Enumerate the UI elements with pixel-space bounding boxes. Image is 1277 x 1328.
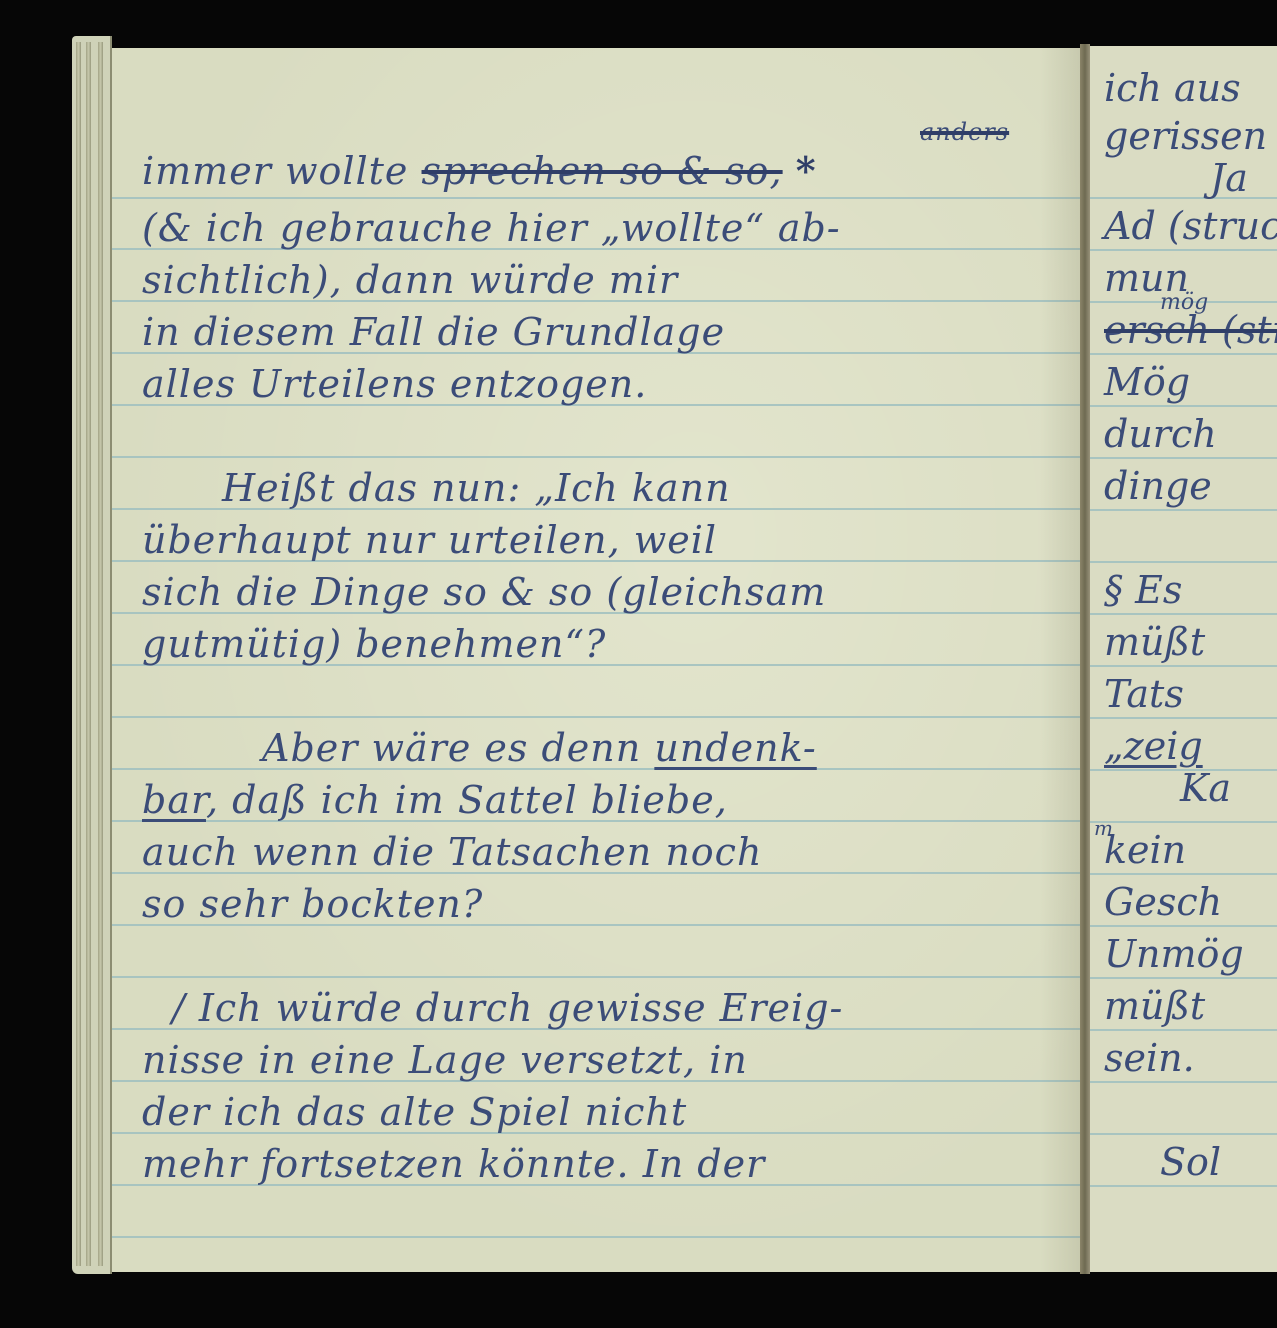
handwritten-line: mehr fortsetzen könnte. In der — [142, 1142, 765, 1186]
right-page-partial: ich aus gerissen Ja Ad (struck) Ju mun m… — [1090, 46, 1277, 1272]
handwritten-fragment: gerissen — [1104, 114, 1267, 158]
handwritten-fragment: Mög — [1104, 360, 1190, 404]
handwritten-line: so sehr bockten? — [142, 882, 483, 926]
handwritten-line: in diesem Fall die Grundlage — [142, 310, 725, 354]
struck-text: sprechen so & so, — [422, 149, 783, 193]
ruled-line — [112, 197, 1080, 199]
ruled-line — [1090, 509, 1277, 511]
underlined-text: bar — [142, 778, 206, 822]
handwritten-fragment: ich aus — [1104, 66, 1241, 110]
ruled-line — [1090, 873, 1277, 875]
handwritten-fragment: Unmög — [1104, 932, 1244, 976]
handwritten-line: Heißt das nun: „Ich kann — [222, 466, 731, 510]
handwritten-line: bar, daß ich im Sattel bliebe, — [142, 778, 728, 822]
handwritten-fragment: ersch (struck) — [1104, 308, 1277, 352]
ruled-line — [112, 1236, 1080, 1238]
page-edge-strip — [76, 42, 81, 1266]
handwritten-line: überhaupt nur urteilen, weil — [142, 518, 717, 562]
ruled-line — [112, 716, 1080, 718]
underlined-text: undenk- — [654, 726, 816, 770]
page-stack-edge — [72, 36, 112, 1274]
ruled-line — [1090, 249, 1277, 251]
left-page: immer wollte sprechen so & so, * anders … — [112, 48, 1080, 1272]
ruled-line — [1090, 197, 1277, 199]
ruled-line — [1090, 405, 1277, 407]
handwritten-line: Aber wäre es denn undenk- — [262, 726, 817, 770]
insertion-above: anders — [920, 118, 1009, 146]
ruled-line — [1090, 353, 1277, 355]
ruled-line — [1090, 977, 1277, 979]
handwritten-line: (& ich gebrauche hier „wollte“ ab- — [142, 206, 841, 250]
handwritten-fragment: dinge — [1104, 464, 1212, 508]
book-gutter — [1080, 44, 1090, 1274]
ruled-line — [112, 456, 1080, 458]
handwritten-fragment: sein. — [1104, 1036, 1195, 1080]
handwritten-line: / Ich würde durch gewisse Ereig- — [172, 986, 843, 1030]
handwritten-fragment: „zeig — [1104, 724, 1203, 768]
handwritten-fragment: müßt — [1104, 984, 1205, 1028]
handwritten-fragment: Tats — [1104, 672, 1184, 716]
notebook-photo: immer wollte sprechen so & so, * anders … — [0, 0, 1277, 1328]
handwritten-line: immer wollte sprechen so & so, * — [142, 148, 817, 193]
page-edge-strip — [86, 42, 91, 1266]
handwritten-fragment: Gesch — [1104, 880, 1222, 924]
handwritten-fragment: § Es — [1104, 568, 1182, 612]
ruled-line — [112, 976, 1080, 978]
line-text: , daß ich im Sattel bliebe, — [206, 778, 728, 822]
handwritten-fragment: Ad (struck) Ju — [1104, 204, 1277, 248]
handwritten-fragment: Ja — [1210, 156, 1248, 200]
handwritten-line: gutmütig) benehmen“? — [142, 622, 606, 666]
handwritten-line: sich die Dinge so & so (gleichsam — [142, 570, 826, 614]
handwritten-line: der ich das alte Spiel nicht — [142, 1090, 687, 1134]
handwritten-fragment: kein — [1104, 828, 1186, 872]
handwritten-fragment: müßt — [1104, 620, 1205, 664]
line-text: Aber wäre es denn — [262, 726, 641, 770]
handwritten-line: alles Urteilens entzogen. — [142, 362, 647, 406]
handwritten-fragment: Sol — [1160, 1140, 1221, 1184]
ruled-line — [1090, 457, 1277, 459]
ruled-line — [1090, 821, 1277, 823]
handwritten-line: sichtlich), dann würde mir — [142, 258, 678, 302]
line-text: immer wollte — [142, 149, 408, 193]
handwritten-line: nisse in eine Lage versetzt, in — [142, 1038, 748, 1082]
ruled-line — [1090, 1185, 1277, 1187]
ruled-line — [1090, 717, 1277, 719]
ruled-line — [1090, 1029, 1277, 1031]
ruled-line — [1090, 561, 1277, 563]
handwritten-fragment: Ka — [1180, 766, 1231, 810]
ruled-line — [1090, 925, 1277, 927]
handwritten-line: auch wenn die Tatsachen noch — [142, 830, 762, 874]
ruled-line — [1090, 1081, 1277, 1083]
ruled-line — [1090, 665, 1277, 667]
ruled-line — [1090, 1133, 1277, 1135]
page-edge-strip — [98, 42, 103, 1266]
insertion-mark: * — [796, 148, 817, 193]
ruled-line — [1090, 613, 1277, 615]
handwritten-fragment: durch — [1104, 412, 1217, 456]
